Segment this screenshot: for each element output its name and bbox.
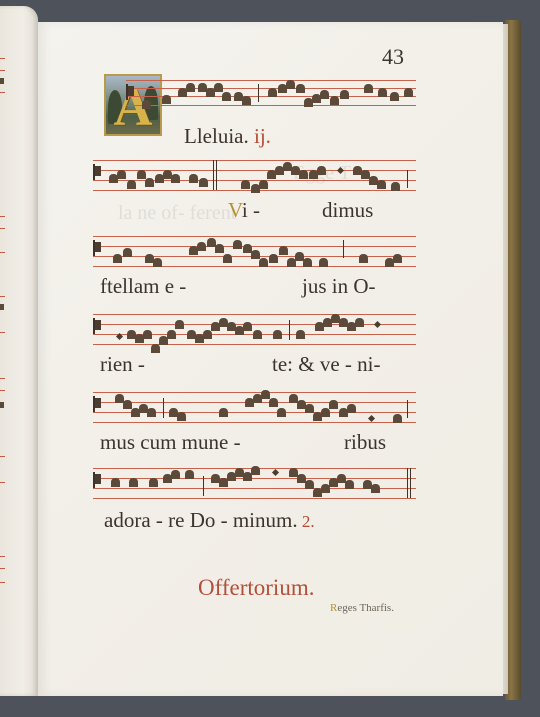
note-fragment: [0, 402, 4, 408]
bleed-through-text: la ne of- ferent: [118, 202, 236, 225]
staff-fragment: [0, 482, 5, 483]
page-number: 43: [382, 44, 404, 70]
staff-fragment: [0, 92, 5, 93]
staff-fragment: [0, 228, 5, 229]
staff-fragment: [0, 556, 5, 557]
lyric-line-3b: jus in O-: [302, 274, 376, 299]
staff-fragment: [0, 296, 5, 297]
staff-fragment: [0, 456, 5, 457]
manuscript-page: Egge T la ne of- ferent 43 A Lleluia. ij…: [38, 22, 503, 696]
offertory-incipit: Reges Tharfis.: [330, 602, 394, 614]
staff-fragment: [0, 70, 5, 71]
staff-fragment: [0, 332, 5, 333]
lyric-line-5b: ribus: [344, 430, 386, 455]
lyric-line-4a: rien -: [100, 352, 145, 377]
note-fragment: [0, 304, 4, 310]
lyric-line-1: Lleluia. ij.: [184, 124, 271, 149]
left-page-edge: [0, 6, 38, 696]
staff-fragment: [0, 568, 5, 569]
staff-fragment: [0, 390, 5, 391]
lyric-line-6: adora - re Do - minum. 2.: [104, 508, 315, 533]
staff-fragment: [0, 582, 5, 583]
note-fragment: [0, 78, 4, 84]
lyric-line-3a: ftellam e -: [100, 274, 186, 299]
offertory-heading: Offertorium.: [198, 575, 314, 601]
lyric-line-2b: dimus: [322, 198, 373, 223]
staff-fragment: [0, 58, 5, 59]
staff-fragment: [0, 378, 5, 379]
staff-fragment: [0, 252, 5, 253]
lyric-line-5a: mus cum mune -: [100, 430, 241, 455]
staff-fragment: [0, 216, 5, 217]
lyric-line-2: Vi -: [228, 198, 260, 223]
lyric-line-4b: te: & ve - ni-: [272, 352, 380, 377]
